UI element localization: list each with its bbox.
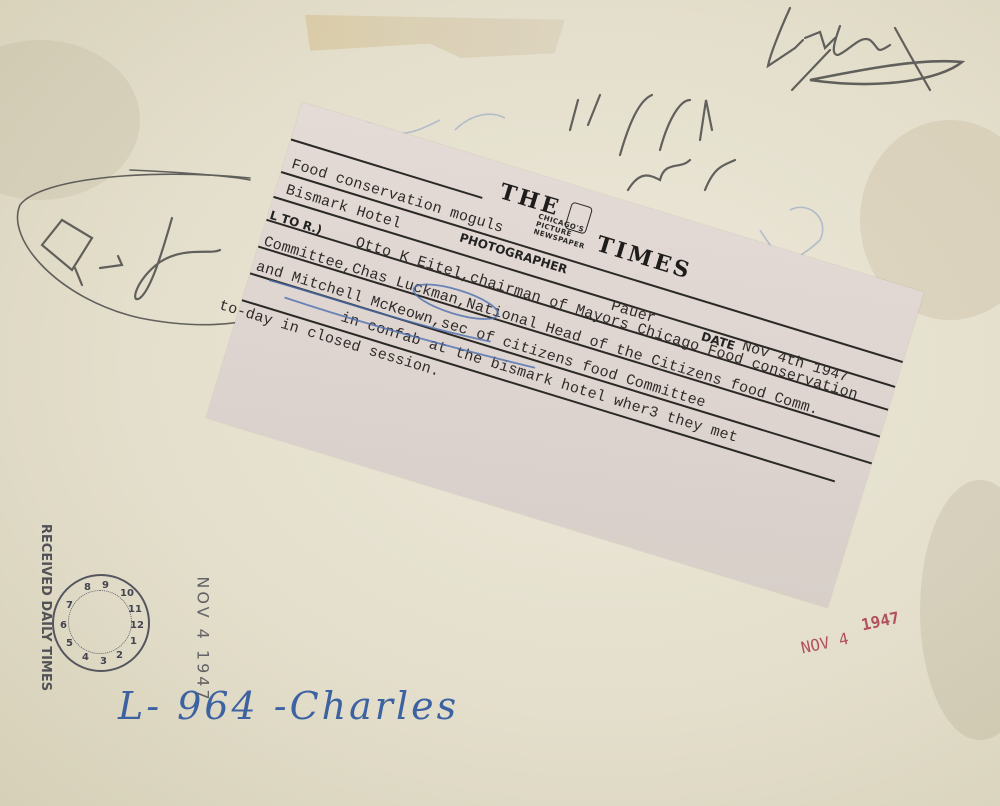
received-stamp: RECEIVED DAILY TIMES [38,524,53,691]
dial-number: 1 [130,636,137,647]
caption-card: THE TIMES CHICAGO'S PICTURE NEWSPAPER PH… [206,102,924,608]
red-stamp-year: 1947 [859,608,901,635]
handwritten-catalog-number: L- 964 -Charles [118,684,459,728]
black-date-stamp: NOV 4 1947 [194,576,213,702]
dial-number: 3 [100,656,107,667]
age-stain [0,40,140,200]
dial-inner-ring [68,590,132,654]
red-date-stamp: NOV 4 1947 [799,618,903,658]
dial-number: 4 [82,652,89,663]
dial-number: 8 [84,582,91,593]
dial-number: 7 [66,600,73,611]
dial-number: 10 [120,588,134,599]
age-stain [920,480,1000,740]
time-dial-stamp: 8 9 10 11 12 1 2 3 4 5 6 7 [52,574,150,672]
dial-number: 11 [128,604,142,615]
masthead-the: THE [496,178,564,221]
dial-number: 5 [66,638,73,649]
dial-number: 2 [116,650,123,661]
red-stamp-month-day: NOV 4 [799,629,850,658]
dial-number: 6 [60,620,67,631]
dial-number: 9 [102,580,109,591]
masthead-times: TIMES [593,231,695,285]
dial-number: 12 [130,620,144,631]
masking-tape-strip [305,10,565,58]
